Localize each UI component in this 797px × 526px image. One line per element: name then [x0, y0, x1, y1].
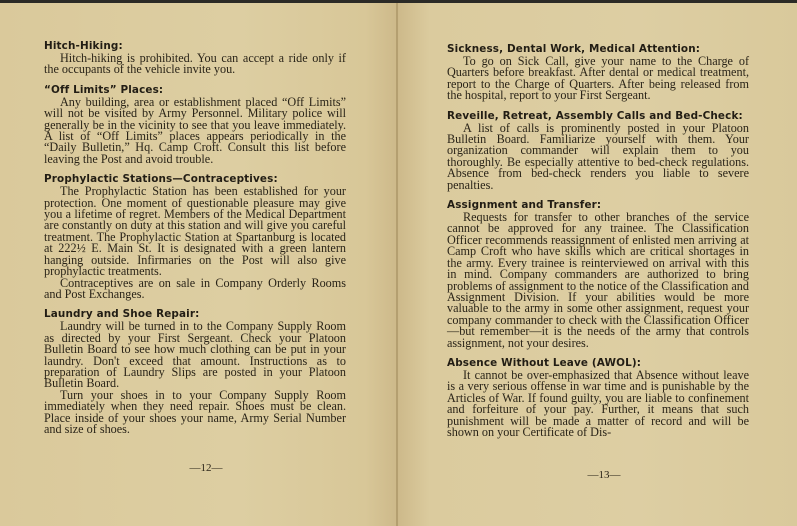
section-laundry-shoe-repair: Laundry and Shoe Repair: Laundry will be… [44, 308, 346, 435]
section-off-limits: “Off Limits” Places: Any building, area … [44, 84, 346, 165]
section-title: “Off Limits” Places: [44, 84, 346, 96]
page-number: —13— [574, 469, 634, 481]
section-hitch-hiking: Hitch-Hiking: Hitch-hiking is prohibited… [44, 40, 346, 76]
section-assignment-transfer: Assignment and Transfer: Requests for tr… [447, 199, 749, 349]
section-sickness-medical: Sickness, Dental Work, Medical Attention… [447, 43, 749, 102]
paragraph: Hitch-hiking is prohibited. You can acce… [44, 53, 346, 76]
section-awol: Absence Without Leave (AWOL): It cannot … [447, 357, 749, 438]
paragraph: Laundry will be turned in to the Company… [44, 321, 346, 389]
section-reveille-bed-check: Reveille, Retreat, Assembly Calls and Be… [447, 110, 749, 191]
left-page: Hitch-Hiking: Hitch-hiking is prohibited… [0, 3, 397, 526]
paragraph: Contraceptives are on sale in Company Or… [44, 278, 346, 301]
paragraph: Any building, area or establishment plac… [44, 97, 346, 165]
section-prophylactic-stations: Prophylactic Stations—Contraceptives: Th… [44, 173, 346, 300]
paragraph: A list of calls is prominently posted in… [447, 123, 749, 191]
paragraph: It cannot be over-emphasized that Absenc… [447, 370, 749, 438]
paragraph: Turn your shoes in to your Company Suppl… [44, 390, 346, 436]
right-page-content: Sickness, Dental Work, Medical Attention… [447, 43, 749, 446]
paragraph: To go on Sick Call, give your name to th… [447, 56, 749, 102]
section-title: Reveille, Retreat, Assembly Calls and Be… [447, 110, 749, 122]
paragraph: The Prophylactic Station has been establ… [44, 186, 346, 277]
right-page: Sickness, Dental Work, Medical Attention… [398, 3, 797, 526]
page-number: —12— [176, 462, 236, 474]
left-page-content: Hitch-Hiking: Hitch-hiking is prohibited… [44, 40, 346, 443]
paragraph: Requests for transfer to other branches … [447, 212, 749, 349]
